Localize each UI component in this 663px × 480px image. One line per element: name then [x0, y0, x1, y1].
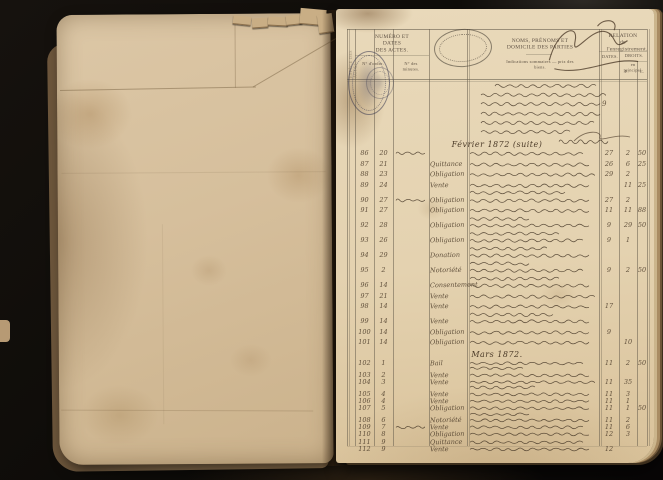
entry-registration-date: 12: [599, 446, 619, 453]
entry-registration-date: 9: [599, 237, 619, 244]
entry-number: 88: [355, 171, 374, 178]
handwriting-squiggle: [469, 171, 595, 178]
entry-act-type: Vente: [430, 292, 468, 300]
handwriting-squiggle: [480, 110, 602, 118]
entry-number: 102: [355, 360, 374, 367]
entry-text-handwriting: [469, 303, 597, 318]
entry-number: 95: [355, 267, 374, 274]
entry-act-type: Consentement: [430, 282, 468, 290]
handwriting-squiggle: [469, 275, 560, 282]
entry-act-type: Bail: [430, 359, 468, 367]
register-row: 10014Obligation9: [347, 329, 647, 340]
entry-registration-date: 11: [599, 379, 619, 386]
entry-registration-date: 29: [599, 171, 619, 178]
entry-text-handwriting: [469, 207, 597, 222]
entry-registration-date: 27: [599, 150, 619, 157]
register-row: 1086Notoriété112: [347, 417, 647, 424]
entry-text-handwriting: [469, 252, 597, 267]
handwriting-squiggle: [469, 372, 591, 379]
entry-day: 27: [374, 207, 393, 214]
entry-duty-francs: 35: [619, 379, 637, 386]
entry-act-type: Obligation: [430, 405, 468, 413]
handwriting-squiggle: [469, 182, 590, 189]
register-row: 9814Vente17: [347, 303, 647, 318]
entry-text-handwriting: [469, 282, 597, 290]
handwriting-squiggle: [469, 424, 588, 431]
entry-commune-handwriting: [395, 150, 428, 157]
entry-act-type: Notoriété: [430, 267, 468, 275]
register-row: 9326Obligation91: [347, 237, 647, 252]
handwriting-squiggle: [469, 260, 531, 267]
entry-duty-francs: 11: [619, 182, 637, 189]
entry-registration-date: 12: [599, 431, 619, 438]
entry-text-handwriting: [469, 446, 597, 452]
entry-day: 14: [374, 282, 393, 289]
month-section-heading: Février 1872 (suite): [347, 140, 647, 150]
handwriting-squiggle: [469, 197, 594, 204]
entry-number: 90: [355, 197, 374, 204]
entry-act-type: Obligation: [430, 171, 468, 179]
entry-duty-francs: 2: [619, 171, 637, 178]
entry-text-handwriting: [469, 424, 597, 430]
handwriting-squiggle: [469, 222, 593, 229]
handwriting-squiggle: [469, 215, 534, 222]
entry-day: 2: [374, 267, 393, 274]
entry-number: 86: [355, 150, 374, 157]
entry-day: 21: [374, 161, 393, 168]
entry-act-type: Vente: [430, 318, 468, 326]
entry-number: 100: [355, 329, 374, 336]
register-row: 952Notoriété9250: [347, 267, 647, 282]
margin-note-number: 9: [602, 101, 606, 108]
handwriting-squiggle: [395, 424, 425, 431]
handwritten-note-line: [480, 100, 610, 109]
register-row: 1064Vente111: [347, 398, 647, 405]
entry-number: 87: [355, 161, 374, 168]
entry-number: 91: [355, 207, 374, 214]
entry-number: 92: [355, 222, 374, 229]
register-row: 9721Vente: [347, 293, 647, 304]
entry-number: 96: [355, 282, 374, 289]
register-row: 1032Vente: [347, 372, 647, 379]
entry-act-type: Obligation: [430, 207, 468, 215]
register-row: 9127Obligation111188: [347, 207, 647, 222]
entry-number: 93: [355, 237, 374, 244]
entry-duty-centimes: 50: [637, 222, 647, 229]
register-row: 1021Bail11250: [347, 360, 647, 372]
handwritten-supplement-note: [480, 82, 610, 146]
entry-act-type: Vente: [430, 303, 468, 311]
entry-duty-centimes: 25: [637, 161, 647, 168]
handwriting-squiggle: [469, 391, 590, 398]
entry-act-type: Obligation: [430, 222, 468, 230]
entry-number: 112: [355, 446, 374, 453]
entry-registration-date: 26: [599, 161, 619, 168]
handwriting-squiggle: [469, 303, 590, 310]
register-row: 1108Obligation123: [347, 431, 647, 438]
entry-day: 27: [374, 197, 393, 204]
entry-text-handwriting: [469, 431, 597, 437]
entry-registration-date: 11: [599, 207, 619, 214]
handwriting-squiggle: [395, 197, 425, 204]
entry-day: 24: [374, 182, 393, 189]
register-row: 9228Obligation92950: [347, 222, 647, 237]
entry-registration-date: 27: [599, 197, 619, 204]
fold-crease: [61, 410, 313, 412]
register-row: 10114Obligation10: [347, 339, 647, 350]
notary-oval-stamp-inner: [438, 32, 488, 63]
entry-commune-handwriting: [395, 197, 428, 204]
entry-duty-francs: 2: [619, 267, 637, 274]
entry-text-handwriting: [469, 439, 597, 445]
fold-crease: [234, 18, 235, 88]
entry-text-handwriting: [469, 398, 597, 404]
handwritten-note-line: [494, 82, 610, 91]
register-row: 1043Vente1135: [347, 379, 647, 391]
entry-text-handwriting: [469, 417, 597, 423]
entry-duty-francs: 10: [619, 339, 637, 346]
entry-duty-centimes: 88: [637, 207, 647, 214]
register-row: 1075Obligation11150: [347, 405, 647, 417]
torn-paper-fragment: [252, 17, 269, 28]
entry-text-handwriting: [469, 391, 597, 397]
handwriting-squiggle: [469, 446, 591, 453]
entry-registration-date: 9: [599, 222, 619, 229]
entry-duty-centimes: 50: [637, 405, 647, 412]
entry-text-handwriting: [469, 150, 597, 158]
entry-day: 26: [374, 237, 393, 244]
register-row: 1129Vente12: [347, 446, 647, 453]
entry-number: 89: [355, 182, 374, 189]
handwritten-note-line: [480, 128, 610, 137]
handwriting-squiggle: [469, 329, 589, 336]
fold-crease: [60, 87, 256, 91]
entry-duty-francs: 11: [619, 207, 637, 214]
register-row: 9429Donation: [347, 252, 647, 267]
register-row: 862027250: [347, 150, 647, 161]
entry-duty-centimes: 50: [637, 360, 647, 367]
entry-duty-centimes: 50: [637, 150, 647, 157]
entry-duty-francs: 2: [619, 150, 637, 157]
register-row: 1119Quittance: [347, 439, 647, 446]
entry-act-type: Obligation: [430, 237, 468, 245]
entry-duty-francs: 1: [619, 237, 637, 244]
register-rows: Février 1872 (suite)8620272508721Quittan…: [347, 140, 647, 446]
handwriting-squiggle: [480, 100, 605, 108]
handwriting-squiggle: [469, 431, 592, 438]
handwriting-squiggle: [469, 293, 595, 300]
entry-text-handwriting: [469, 339, 597, 347]
entry-duty-francs: 2: [619, 197, 637, 204]
archival-book-scan: ESPÈCE DES ACTES. NUMÉRO ET DATES DES AC…: [0, 0, 663, 480]
entry-registration-date: 11: [599, 405, 619, 412]
register-row: 9914Vente: [347, 318, 647, 329]
entry-text-handwriting: [469, 293, 597, 301]
loose-paper-chip: [0, 320, 10, 342]
handwritten-note-line: [480, 110, 610, 119]
register-row: 9614Consentement: [347, 282, 647, 293]
entry-act-type: Quittance: [430, 160, 468, 168]
notary-oval-stamp: [433, 27, 494, 69]
entry-text-handwriting: [469, 161, 597, 169]
handwriting-squiggle: [469, 439, 587, 446]
entry-text-handwriting: [469, 379, 597, 391]
entry-day: 29: [374, 252, 393, 259]
handwritten-note-line: [480, 119, 610, 128]
entry-registration-date: 9: [599, 329, 619, 336]
handwriting-squiggle: [469, 339, 593, 346]
entry-duty-francs: 3: [619, 431, 637, 438]
entry-day: 14: [374, 329, 393, 336]
entry-act-type: Obligation: [430, 196, 468, 204]
torn-paper-fragment: [233, 15, 252, 26]
entry-act-type: Obligation: [430, 339, 468, 347]
handwriting-squiggle: [469, 207, 589, 214]
signature-flourish: [542, 17, 642, 79]
register-row: 9027Obligation272: [347, 197, 647, 208]
handwriting-squiggle: [494, 82, 598, 90]
handwriting-squiggle: [469, 311, 557, 318]
entry-number: 97: [355, 293, 374, 300]
entry-registration-date: 11: [599, 360, 619, 367]
entry-number: 99: [355, 318, 374, 325]
left-blank-page: [56, 13, 333, 465]
numero-header: NUMÉRO ET DATES DES ACTES.: [367, 33, 417, 53]
register-row: 1097Vente116: [347, 424, 647, 431]
numero-sub-right: N° des minutes.: [400, 61, 422, 72]
entry-day: 14: [374, 318, 393, 325]
entry-act-type: Donation: [430, 252, 468, 260]
handwriting-squiggle: [469, 237, 588, 244]
entry-number: 104: [355, 379, 374, 386]
entry-number: 98: [355, 303, 374, 310]
handwriting-squiggle: [395, 150, 425, 157]
entry-day: 5: [374, 405, 393, 412]
entry-day: 14: [374, 303, 393, 310]
month-section-heading: Mars 1872.: [347, 350, 647, 360]
entry-text-handwriting: [469, 267, 597, 282]
handwriting-squiggle: [469, 161, 591, 168]
register-row: 8924Vente1125: [347, 182, 647, 197]
register-row: 1054Vente113: [347, 391, 647, 398]
handwritten-note-line: [480, 91, 610, 100]
numero-header-line1: NUMÉRO ET DATES: [367, 33, 417, 47]
handwriting-squiggle: [469, 318, 594, 325]
entry-text-handwriting: [469, 237, 597, 252]
entry-duty-centimes: 50: [637, 267, 647, 274]
entry-text-handwriting: [469, 405, 597, 417]
entry-duty-francs: 2: [619, 360, 637, 367]
ink-stamp-round-small-inner: [370, 71, 390, 95]
handwriting-squiggle: [469, 282, 591, 289]
entry-text-handwriting: [469, 360, 597, 372]
entry-act-type: Vente: [430, 378, 468, 386]
register-row: 8721Quittance26625: [347, 161, 647, 172]
handwriting-squiggle: [469, 398, 594, 405]
entry-day: 14: [374, 339, 393, 346]
entry-duty-francs: 6: [619, 161, 637, 168]
entry-text-handwriting: [469, 222, 597, 237]
entry-number: 94: [355, 252, 374, 259]
entry-duty-centimes: 25: [637, 182, 647, 189]
entry-act-type: Vente: [430, 181, 468, 189]
entry-duty-francs: 29: [619, 222, 637, 229]
entry-registration-date: 9: [599, 267, 619, 274]
entry-number: 101: [355, 339, 374, 346]
register-page: ESPÈCE DES ACTES. NUMÉRO ET DATES DES AC…: [336, 9, 654, 463]
entry-text-handwriting: [469, 372, 597, 378]
entry-day: 20: [374, 150, 393, 157]
handwriting-squiggle: [469, 189, 566, 196]
entry-act-type: Obligation: [430, 328, 468, 336]
handwriting-squiggle: [469, 417, 593, 424]
entry-act-type: Vente: [430, 445, 468, 453]
handwriting-squiggle: [480, 119, 597, 127]
entry-act-type: [430, 150, 468, 151]
handwriting-squiggle: [480, 91, 606, 99]
entry-day: 28: [374, 222, 393, 229]
entry-text-handwriting: [469, 197, 597, 205]
entry-day: 21: [374, 293, 393, 300]
entry-day: 23: [374, 171, 393, 178]
handwriting-squiggle: [469, 267, 587, 274]
handwriting-squiggle: [469, 252, 592, 259]
entry-text-handwriting: [469, 318, 597, 326]
entry-day: 9: [374, 446, 393, 453]
register-row: 8823Obligation292: [347, 171, 647, 182]
entry-commune-handwriting: [395, 424, 428, 431]
entry-text-handwriting: [469, 329, 597, 337]
column-rule: [647, 29, 648, 446]
entry-text-handwriting: [469, 171, 597, 179]
entry-registration-date: 17: [599, 303, 619, 310]
handwriting-squiggle: [469, 230, 563, 237]
entry-number: 107: [355, 405, 374, 412]
handwriting-squiggle: [480, 128, 573, 136]
entry-duty-francs: 1: [619, 405, 637, 412]
handwriting-squiggle: [469, 245, 547, 252]
fold-crease: [62, 171, 326, 174]
ink-stamp-round-small: [366, 67, 394, 99]
entry-day: 3: [374, 379, 393, 386]
entry-text-handwriting: [469, 182, 597, 197]
entry-day: 1: [374, 360, 393, 367]
handwriting-squiggle: [469, 150, 587, 157]
fold-crease: [162, 224, 164, 424]
